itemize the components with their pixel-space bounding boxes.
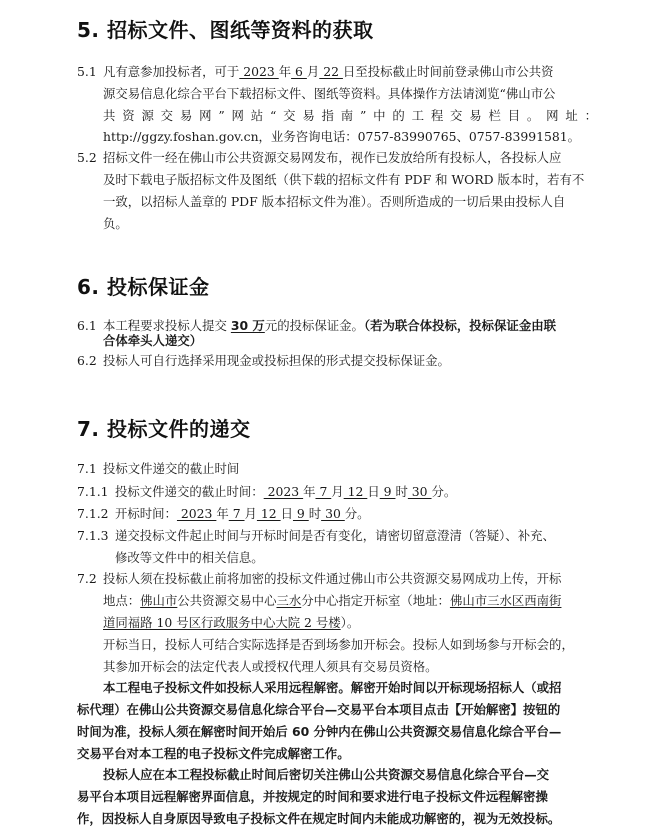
item-5-1-line-2: 源交易信息化综合平台下载招标文件、图纸等资料。具体操作方法请浏览“佛山市公 (103, 86, 555, 102)
item-5-1-line-4: http://ggzy.foshan.gov.cn，业务咨询电话：0757-83… (103, 129, 580, 145)
opening-note-line-1: 开标当日，投标人可结合实际选择是否到场参加开标会。投标人如到场参与开标会的， (103, 637, 574, 653)
item-7-2-line-1: 投标人须在投标截止前将加密的投标文件通过佛山市公共资源交易网成功上传，开标 (103, 571, 561, 587)
section-6-heading: 6. 投标保证金 (77, 271, 209, 300)
item-7-1-3-line-2: 修改等文件中的相关信息。 (115, 550, 264, 566)
item-number: 7.2 (77, 571, 97, 587)
item-number: 6.1 (77, 318, 97, 334)
remote-decrypt-para-1-line-2: 标代理）在佛山公共资源交易信息化综合平台—交易平台本项目点击【开始解密】按钮的 (77, 702, 560, 718)
remote-decrypt-para-1-line-3: 时间为准，投标人须在解密时间开始后 60 分钟内在佛山公共资源交易信息化综合平台… (77, 724, 561, 740)
item-7-2-line-2: 地点：佛山市公共资源交易中心三水分中心指定开标室（地址：佛山市三水区西南街 (103, 593, 561, 609)
item-number: 5.2 (77, 150, 97, 166)
item-number: 7.1.1 (77, 484, 109, 500)
item-number: 7.1.3 (77, 528, 109, 544)
item-6-1-line-2: 合体牵头人递交） (103, 333, 202, 349)
item-6-1-line-1: 本工程要求投标人提交 30 万元的投标保证金。（若为联合体投标，投标保证金由联 (103, 318, 556, 334)
item-5-2-line-2: 及时下载电子版招标文件及图纸（供下载的招标文件有 PDF 和 WORD 版本时，… (103, 172, 584, 188)
item-number: 7.1.2 (77, 506, 109, 522)
item-5-1-line-1: 凡有意参加投标者，可于 2023 年 6 月 22 日至投标截止时间前登录佛山市… (103, 64, 554, 80)
item-number: 6.2 (77, 353, 97, 369)
remote-decrypt-para-2-line-2: 易平台本项目远程解密界面信息，并按规定的时间和要求进行电子投标文件远程解密操 (77, 789, 548, 805)
opening-note-line-2: 其参加开标会的法定代表人或授权代理人须具有交易员资格。 (103, 659, 438, 675)
document-page: 5. 招标文件、图纸等资料的获取 5.1 凡有意参加投标者，可于 2023 年 … (0, 0, 658, 838)
item-7-2-line-3: 道同福路 10 号区行政服务中心大院 2 号楼）。 (103, 615, 359, 631)
item-5-2-line-4: 负。 (103, 216, 128, 232)
item-7-1-2-line-1: 开标时间： 2023 年 7 月 12 日 9 时 30 分。 (115, 506, 370, 522)
remote-decrypt-para-2-line-3: 作，因投标人自身原因导致电子投标文件在规定时间内未能成功解密的，视为无效投标。 (77, 811, 560, 827)
section-7-heading: 7. 投标文件的递交 (77, 413, 250, 442)
item-7-1-3-line-1: 递交投标文件起止时间与开标时间是否有变化，请密切留意澄清（答疑）、补充、 (115, 528, 555, 544)
item-number: 5.1 (77, 64, 97, 80)
section-5-heading: 5. 招标文件、图纸等资料的获取 (77, 14, 373, 43)
remote-decrypt-para-1-line-4: 交易平台对本工程的电子投标文件完成解密工作。 (77, 746, 350, 762)
item-6-2-line-1: 投标人可自行选择采用现金或投标担保的形式提交投标保证金。 (103, 353, 450, 369)
item-5-2-line-1: 招标文件一经在佛山市公共资源交易网发布，视作已发放给所有投标人，各投标人应 (103, 150, 561, 166)
item-7-1-line-1: 投标文件递交的截止时间 (103, 461, 239, 477)
remote-decrypt-para-1-line-1: 本工程电子投标文件如投标人采用远程解密。解密开始时间以开标现场招标人（或招 (103, 680, 561, 696)
item-number: 7.1 (77, 461, 97, 477)
item-5-2-line-3: 一致，以招标人盖章的 PDF 版本招标文件为准）。否则所造成的一切后果由投标人自 (103, 194, 565, 210)
remote-decrypt-para-2-line-1: 投标人应在本工程投标截止时间后密切关注佛山公共资源交易信息化综合平台—交 (103, 767, 549, 783)
deposit-amount: 30 万 (231, 318, 265, 333)
item-7-1-1-line-1: 投标文件递交的截止时间： 2023 年 7 月 12 日 9 时 30 分。 (115, 484, 456, 500)
item-5-1-line-3: 共资源交易网”网站“交易指南”中的工程交易栏目。网址： (103, 108, 597, 124)
